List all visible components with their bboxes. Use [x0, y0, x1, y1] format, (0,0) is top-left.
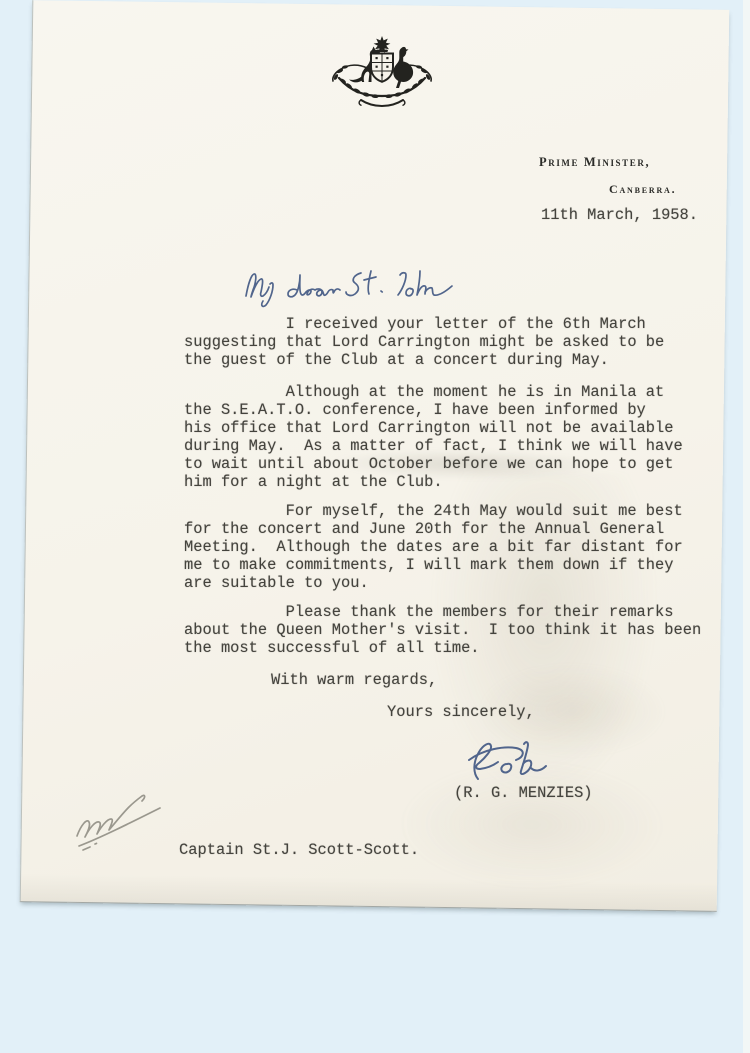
handwritten-signature [462, 737, 557, 787]
letterhead-city: Canberra. [609, 182, 676, 197]
handwritten-salutation [240, 263, 465, 309]
letter-date: 11th March, 1958. [541, 206, 698, 224]
body-paragraph-4: Please thank the members for their remar… [184, 603, 701, 657]
body-paragraph-2: Although at the moment he is in Manila a… [184, 383, 683, 491]
handwritten-annotation [70, 789, 182, 857]
recipient-line: Captain St.J. Scott-Scott. [179, 841, 419, 859]
body-paragraph-1: I received your letter of the 6th March … [184, 315, 664, 369]
closing-warm-regards: With warm regards, [271, 671, 437, 689]
letterhead-office: Prime Minister, [539, 155, 650, 170]
scanner-bed-edge [743, 0, 750, 1053]
scanned-letter-page: Prime Minister, Canberra. 11th March, 19… [0, 0, 750, 1053]
body-paragraph-3: For myself, the 24th May would suit me b… [184, 502, 683, 592]
australian-coat-of-arms-icon [331, 36, 433, 110]
typed-signature-name: (R. G. MENZIES) [454, 784, 593, 802]
closing-yours-sincerely: Yours sincerely, [387, 703, 535, 721]
